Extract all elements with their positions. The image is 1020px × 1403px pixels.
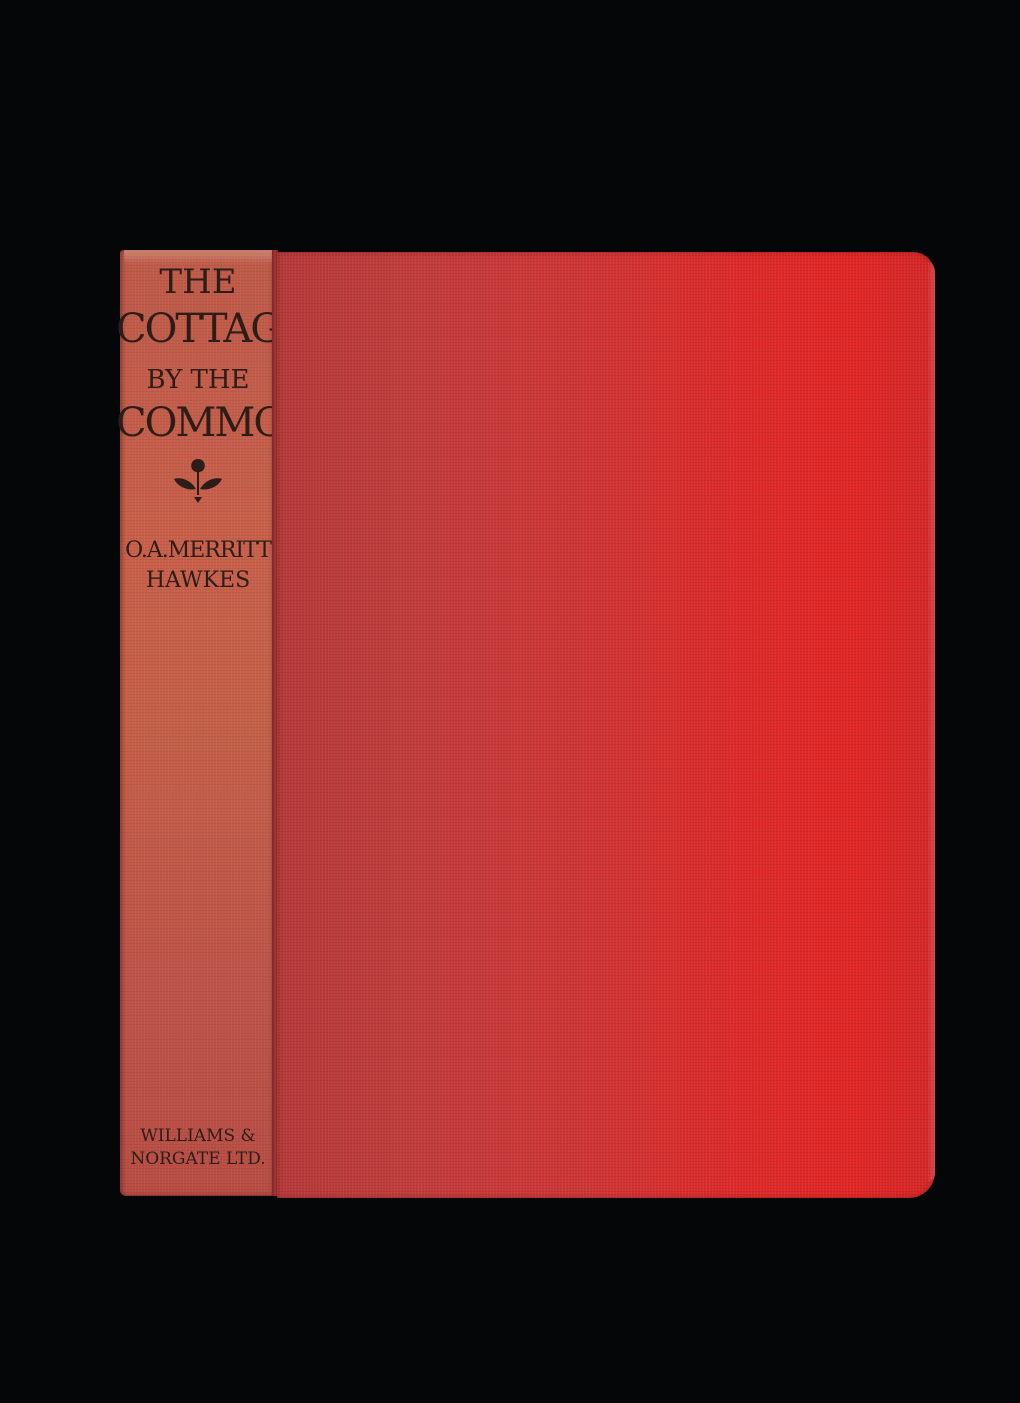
spine-publisher-line-2: NORGATE LTD. <box>120 1149 276 1169</box>
spine-publisher-line-1: WILLIAMS & <box>120 1126 276 1146</box>
book-spine: THE COTTAGE BY THE COMMON O.A.MERRITT HA… <box>120 250 276 1196</box>
spine-title-line-2: COTTAGE <box>116 306 278 352</box>
spine-title-line-4: COMMON <box>116 400 278 446</box>
book-front-cover <box>277 252 935 1198</box>
spine-title-line-3: BY THE <box>120 365 276 395</box>
cover-edge-highlight <box>927 262 935 1182</box>
spine-author-line-2: HAWKES <box>120 568 276 593</box>
book: THE COTTAGE BY THE COMMON O.A.MERRITT HA… <box>120 247 935 1199</box>
spine-author-line-1: O.A.MERRITT <box>118 538 278 563</box>
flower-ornament-icon <box>172 455 224 507</box>
spine-title-line-1: THE <box>120 262 276 302</box>
